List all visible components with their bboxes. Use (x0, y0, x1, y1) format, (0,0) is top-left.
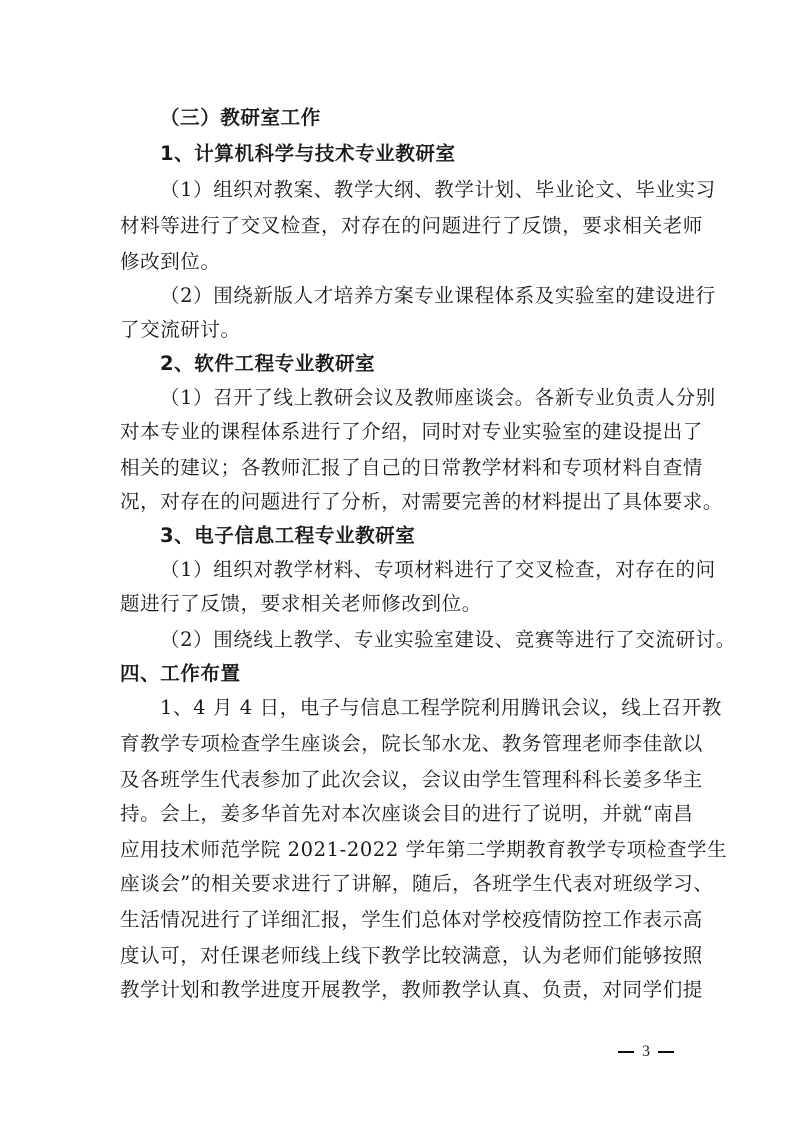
paragraph-line: 了交流研讨。 (120, 312, 680, 348)
paragraph-line: 应用技术师范学院 2021-2022 学年第二学期教育教学专项检查学生 (120, 832, 680, 868)
subsection-title-1: 1、计算机科学与技术专业教研室 (160, 136, 720, 172)
paragraph-line: 座谈会”的相关要求进行了讲解，随后，各班学生代表对班级学习、 (120, 866, 680, 902)
paragraph-line: 修改到位。 (120, 244, 680, 280)
page-footer: 3 (618, 1043, 674, 1061)
document-page: （三）教研室工作 1、计算机科学与技术专业教研室 （1）组织对教案、教学大纲、教… (0, 0, 794, 1123)
chapter-heading: 四、工作布置 (120, 656, 680, 692)
paragraph-line: （1）组织对教案、教学大纲、教学计划、毕业论文、毕业实习 (160, 172, 720, 208)
dash-left (618, 1051, 634, 1053)
paragraph-line: （1）召开了线上教研会议及教师座谈会。各新专业负责人分别 (160, 380, 720, 416)
page-number: 3 (642, 1043, 650, 1061)
paragraph-line: 1、4 月 4 日，电子与信息工程学院利用腾讯会议，线上召开教 (160, 690, 720, 726)
paragraph-line: 相关的建议；各教师汇报了自己的日常教学材料和专项材料自查情 (120, 450, 680, 486)
section-heading: （三）教研室工作 (160, 100, 720, 136)
paragraph-line: 题进行了反馈，要求相关老师修改到位。 (120, 586, 680, 622)
paragraph-line: （1）组织对教学材料、专项材料进行了交叉检查，对存在的问 (160, 552, 720, 588)
dash-right (658, 1051, 674, 1053)
paragraph-line: 况，对存在的问题进行了分析，对需要完善的材料提出了具体要求。 (120, 484, 680, 520)
paragraph-line: 度认可，对任课老师线上线下教学比较满意，认为老师们能够按照 (120, 938, 680, 974)
subsection-title-2: 2、软件工程专业教研室 (160, 346, 720, 382)
paragraph-line: （2）围绕线上教学、专业实验室建设、竞赛等进行了交流研讨。 (160, 622, 720, 658)
paragraph-line: 及各班学生代表参加了此次会议，会议由学生管理科科长姜多华主 (120, 762, 680, 798)
paragraph-line: 持。会上，姜多华首先对本次座谈会目的进行了说明，并就“南昌 (120, 796, 680, 832)
paragraph-line: 对本专业的课程体系进行了介绍，同时对专业实验室的建设提出了 (120, 414, 680, 450)
paragraph-line: 教学计划和教学进度开展教学，教师教学认真、负责，对同学们提 (120, 972, 680, 1008)
paragraph-line: （2）围绕新版人才培养方案专业课程体系及实验室的建设进行 (160, 278, 720, 314)
paragraph-line: 材料等进行了交叉检查，对存在的问题进行了反馈，要求相关老师 (120, 208, 680, 244)
subsection-title-3: 3、电子信息工程专业教研室 (160, 518, 720, 554)
paragraph-line: 生活情况进行了详细汇报，学生们总体对学校疫情防控工作表示高 (120, 902, 680, 938)
paragraph-line: 育教学专项检查学生座谈会，院长邹水龙、教务管理老师李佳歆以 (120, 726, 680, 762)
